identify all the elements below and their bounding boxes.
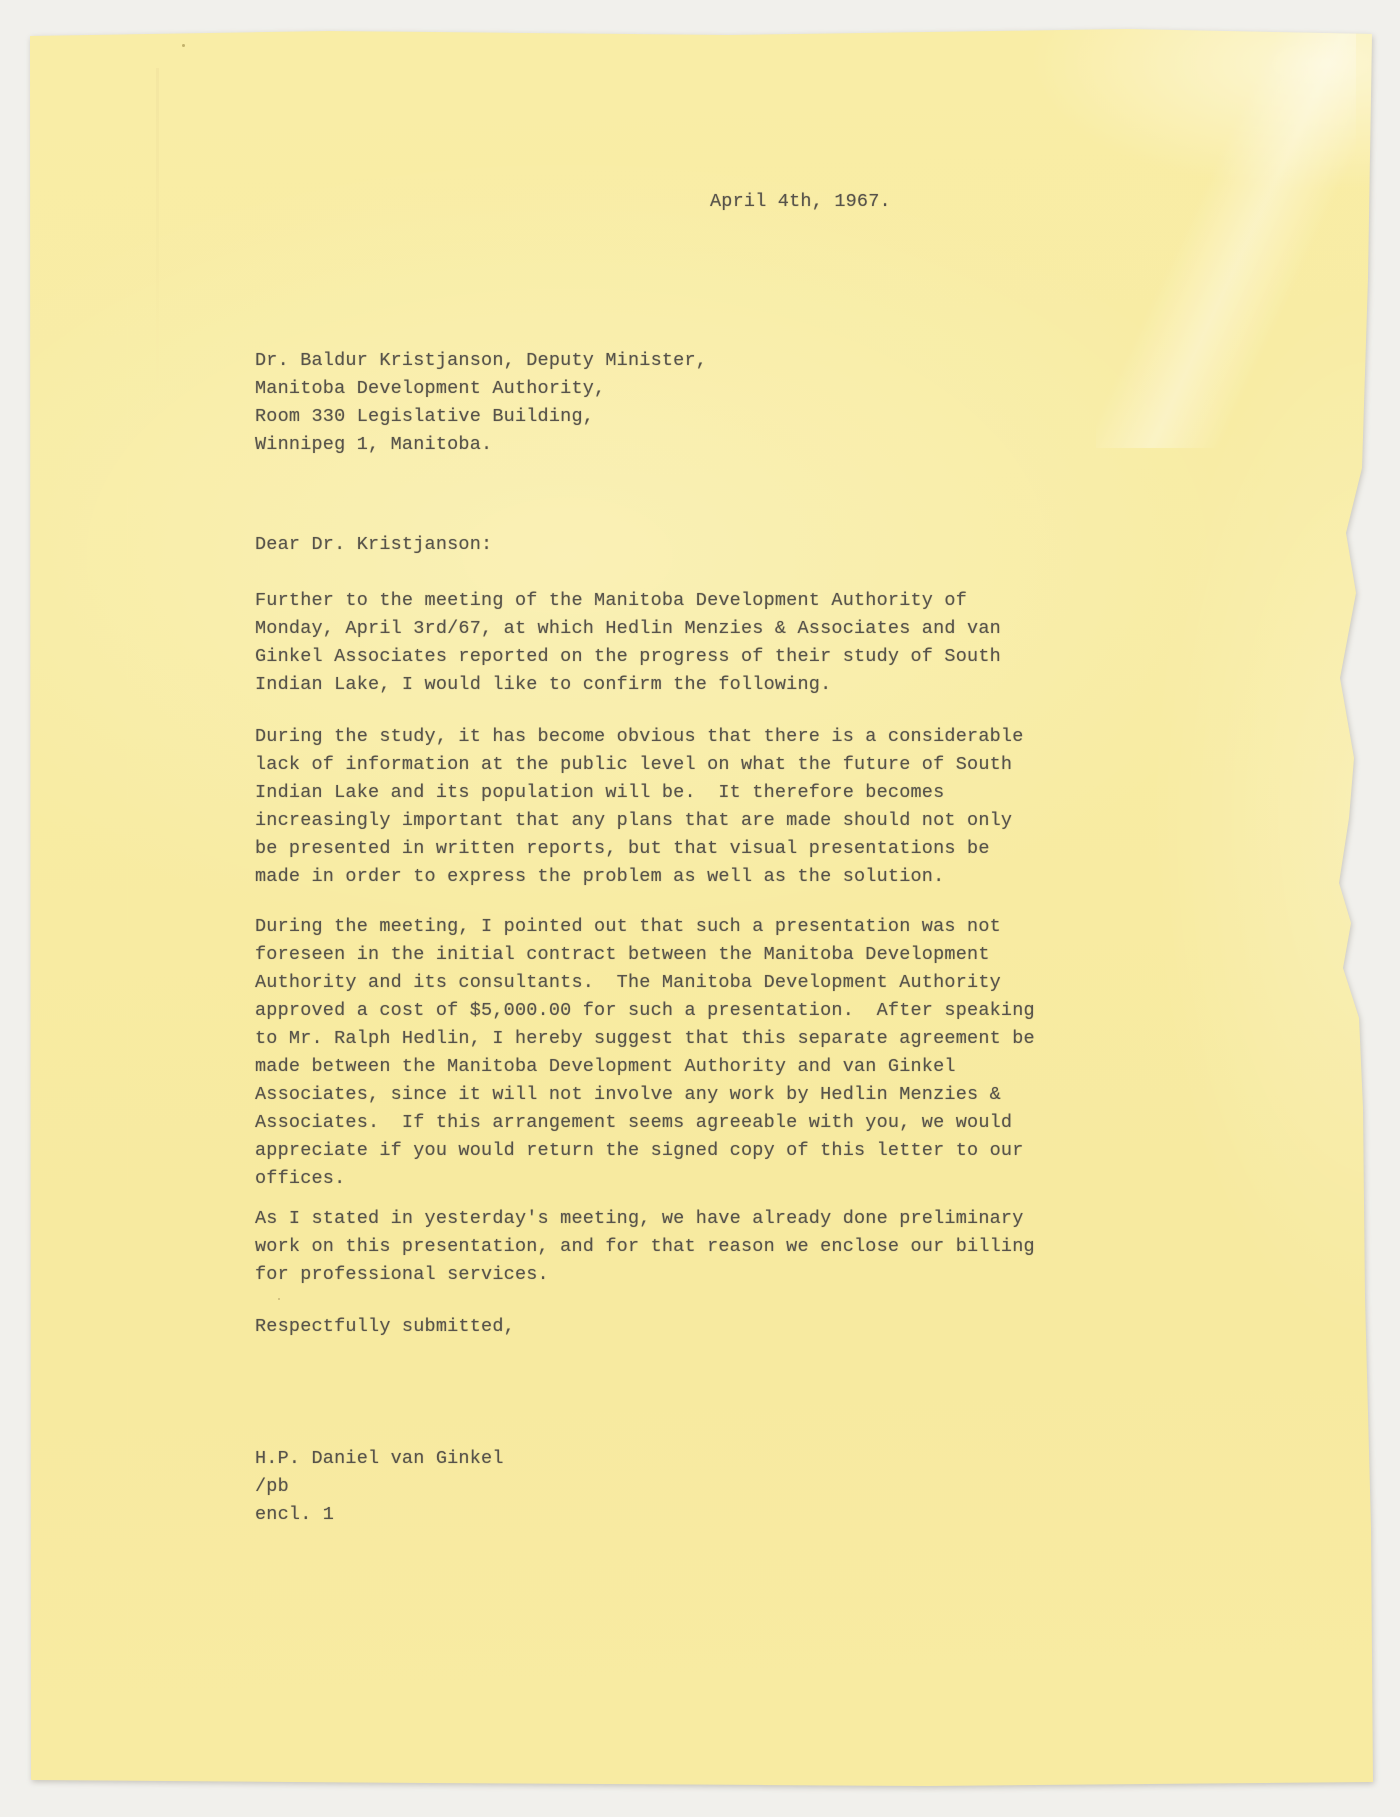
salutation: Dear Dr. Kristjanson: bbox=[255, 531, 1316, 559]
recipient-address-block: Dr. Baldur Kristjanson, Deputy Minister,… bbox=[255, 347, 1316, 459]
paragraph-line: As I stated in yesterday's meeting, we h… bbox=[255, 1205, 1316, 1233]
recipient-line: Dr. Baldur Kristjanson, Deputy Minister, bbox=[255, 347, 1316, 375]
paragraph-line: made in order to express the problem as … bbox=[255, 863, 1316, 891]
letter-date: April 4th, 1967. bbox=[710, 188, 1316, 216]
paragraph-line: for professional services. bbox=[255, 1261, 1316, 1289]
paragraph-line: offices. bbox=[255, 1165, 1316, 1193]
paragraph-line: increasingly important that any plans th… bbox=[255, 807, 1316, 835]
recipient-line: Winnipeg 1, Manitoba. bbox=[255, 431, 1316, 459]
paragraph-line: lack of information at the public level … bbox=[255, 751, 1316, 779]
body-paragraph: During the meeting, I pointed out that s… bbox=[255, 913, 1316, 1193]
enclosure-note: encl. 1 bbox=[255, 1501, 1316, 1529]
paper-shadow-wrap: April 4th, 1967. Dr. Baldur Kristjanson,… bbox=[0, 0, 1400, 1817]
paragraph-line: Further to the meeting of the Manitoba D… bbox=[255, 587, 1316, 615]
paragraph-line: Authority and its consultants. The Manit… bbox=[255, 969, 1316, 997]
paragraph-line: During the study, it has become obvious … bbox=[255, 723, 1316, 751]
body-paragraph: As I stated in yesterday's meeting, we h… bbox=[255, 1205, 1316, 1289]
paragraph-line: Associates, since it will not involve an… bbox=[255, 1081, 1316, 1109]
signer-name: H.P. Daniel van Ginkel bbox=[255, 1445, 1316, 1473]
body-paragraph: During the study, it has become obvious … bbox=[255, 723, 1316, 891]
paragraph-line: foreseen in the initial contract between… bbox=[255, 941, 1316, 969]
scanned-letter-page: April 4th, 1967. Dr. Baldur Kristjanson,… bbox=[0, 0, 1400, 1817]
paragraph-line: Associates. If this arrangement seems ag… bbox=[255, 1109, 1316, 1137]
paragraph-line: work on this presentation, and for that … bbox=[255, 1233, 1316, 1261]
paragraph-line: Ginkel Associates reported on the progre… bbox=[255, 643, 1316, 671]
paragraph-line: During the meeting, I pointed out that s… bbox=[255, 913, 1316, 941]
paragraph-line: Monday, April 3rd/67, at which Hedlin Me… bbox=[255, 615, 1316, 643]
signature-block: H.P. Daniel van Ginkel /pb encl. 1 bbox=[255, 1445, 1316, 1529]
paragraph-line: Indian Lake and its population will be. … bbox=[255, 779, 1316, 807]
recipient-line: Room 330 Legislative Building, bbox=[255, 403, 1316, 431]
paragraph-line: to Mr. Ralph Hedlin, I hereby suggest th… bbox=[255, 1025, 1316, 1053]
body-paragraph: Further to the meeting of the Manitoba D… bbox=[255, 587, 1316, 699]
closing-phrase: Respectfully submitted, bbox=[255, 1313, 1316, 1341]
paragraph-line: be presented in written reports, but tha… bbox=[255, 835, 1316, 863]
paragraph-line: Indian Lake, I would like to confirm the… bbox=[255, 671, 1316, 699]
recipient-line: Manitoba Development Authority, bbox=[255, 375, 1316, 403]
paragraph-line: approved a cost of $5,000.00 for such a … bbox=[255, 997, 1316, 1025]
letter-content: April 4th, 1967. Dr. Baldur Kristjanson,… bbox=[28, 28, 1376, 1529]
paragraph-line: appreciate if you would return the signe… bbox=[255, 1137, 1316, 1165]
typist-initials: /pb bbox=[255, 1473, 1316, 1501]
paragraph-line: made between the Manitoba Development Au… bbox=[255, 1053, 1316, 1081]
letter-paper: April 4th, 1967. Dr. Baldur Kristjanson,… bbox=[28, 28, 1376, 1788]
